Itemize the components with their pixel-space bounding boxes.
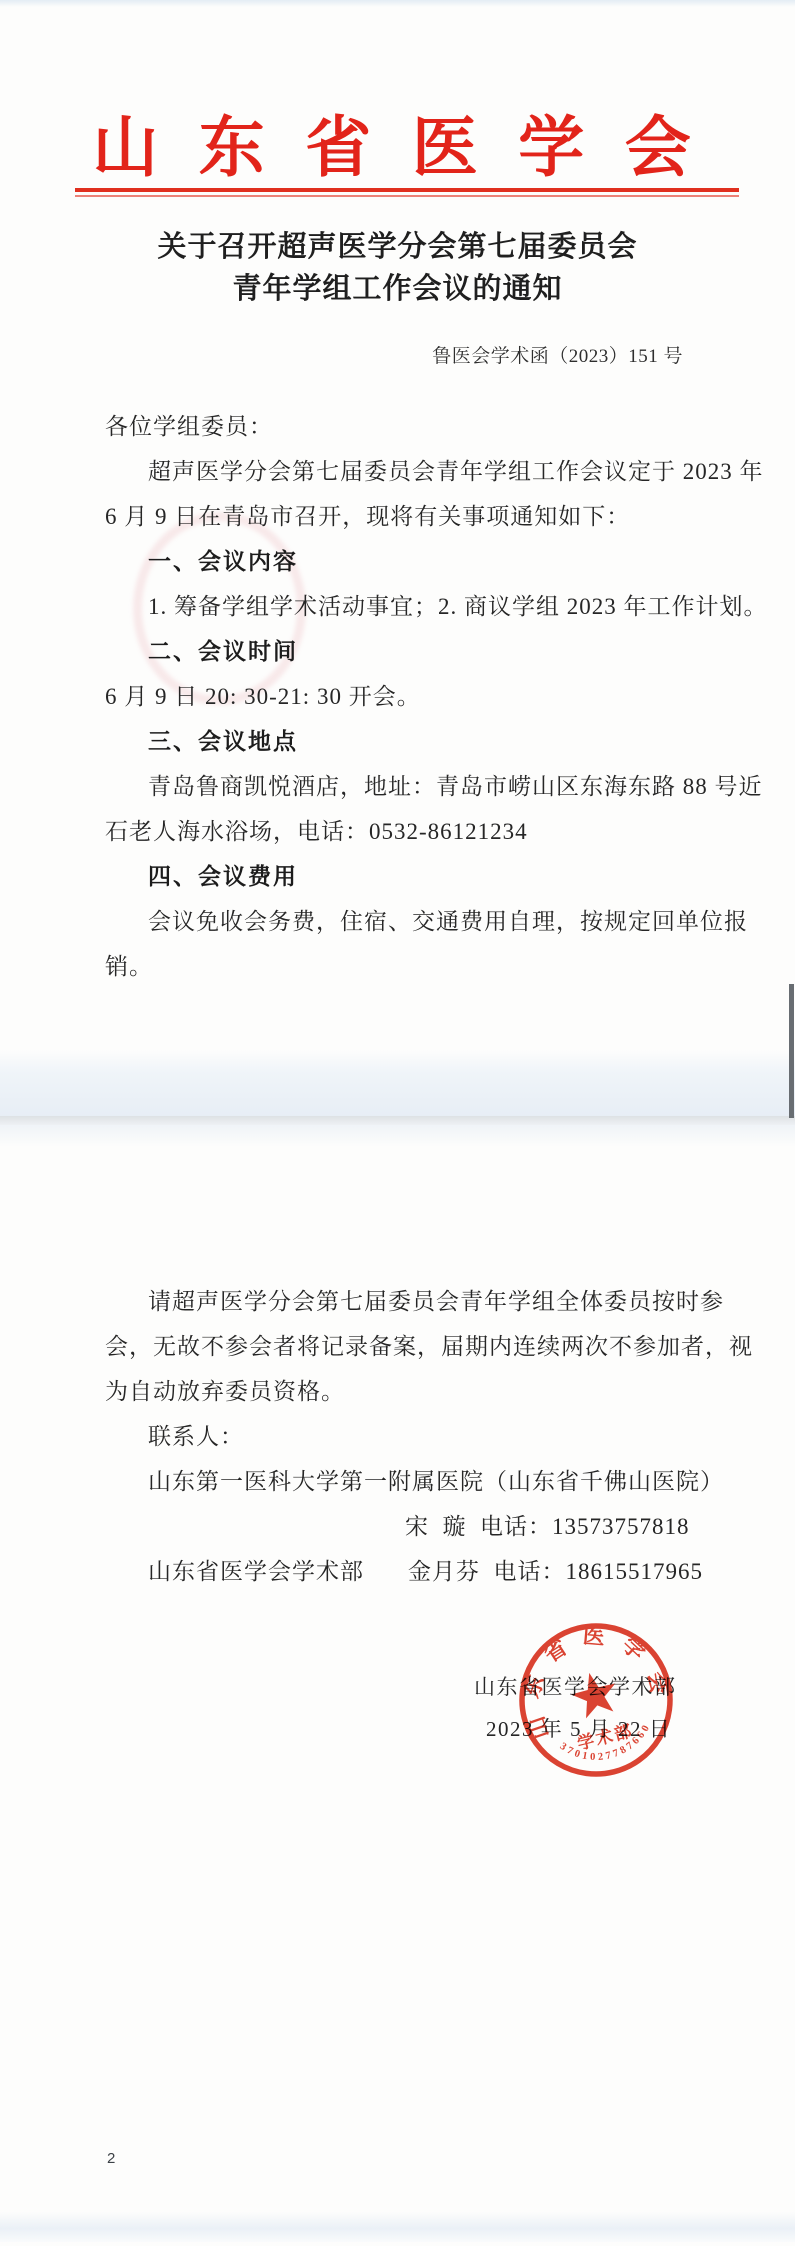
contact-2-name-phone: 金月芬 电话：18615517965: [408, 1558, 703, 1585]
section-4-body-line-2: 销。: [105, 953, 153, 980]
contact-1-org: 山东第一医科大学第一附属医院（山东省千佛山医院）: [148, 1468, 724, 1495]
section-4-body-line-1: 会议免收会务费，住宿、交通费用自理，按规定回单位报: [148, 908, 748, 935]
section-1-body: 1. 筹备学组学术活动事宜；2. 商议学组 2023 年工作计划。: [148, 593, 768, 620]
document-page: 山 东 省 医 学 会 关于召开超声医学分会第七届委员会 青年学组工作会议的通知…: [0, 0, 795, 2246]
attendance-line-3: 为自动放弃委员资格。: [105, 1378, 345, 1405]
salutation: 各位学组委员：: [105, 413, 273, 440]
intro-line-2: 6 月 9 日在青岛市召开，现将有关事项通知如下：: [105, 503, 630, 530]
contacts-label: 联系人：: [148, 1423, 244, 1450]
section-1-heading: 一、会议内容: [148, 548, 298, 575]
attendance-line-2: 会，无故不参会者将记录备案，届期内连续两次不参加者，视: [105, 1333, 753, 1360]
contact-1-name-phone: 宋 璇 电话：13573757818: [405, 1513, 690, 1540]
section-4-heading: 四、会议费用: [148, 863, 298, 890]
seal-star-icon: [567, 1667, 622, 1720]
section-3-heading: 三、会议地点: [148, 728, 298, 755]
section-2-body: 6 月 9 日 20: 30-21: 30 开会。: [105, 683, 421, 710]
attendance-line-1: 请超声医学分会第七届委员会青年学组全体委员按时参: [148, 1288, 724, 1315]
section-3-body-line-1: 青岛鲁商凯悦酒店，地址：青岛市崂山区东海东路 88 号近: [148, 773, 763, 800]
section-2-heading: 二、会议时间: [148, 638, 298, 665]
body-text-layer: 各位学组委员：超声医学分会第七届委员会青年学组工作会议定于 2023 年6 月 …: [0, 0, 795, 2246]
intro-line-1: 超声医学分会第七届委员会青年学组工作会议定于 2023 年: [148, 458, 764, 485]
section-3-body-line-2: 石老人海水浴场，电话：0532-86121234: [105, 818, 528, 845]
contact-2-org: 山东省医学会学术部: [148, 1558, 364, 1585]
